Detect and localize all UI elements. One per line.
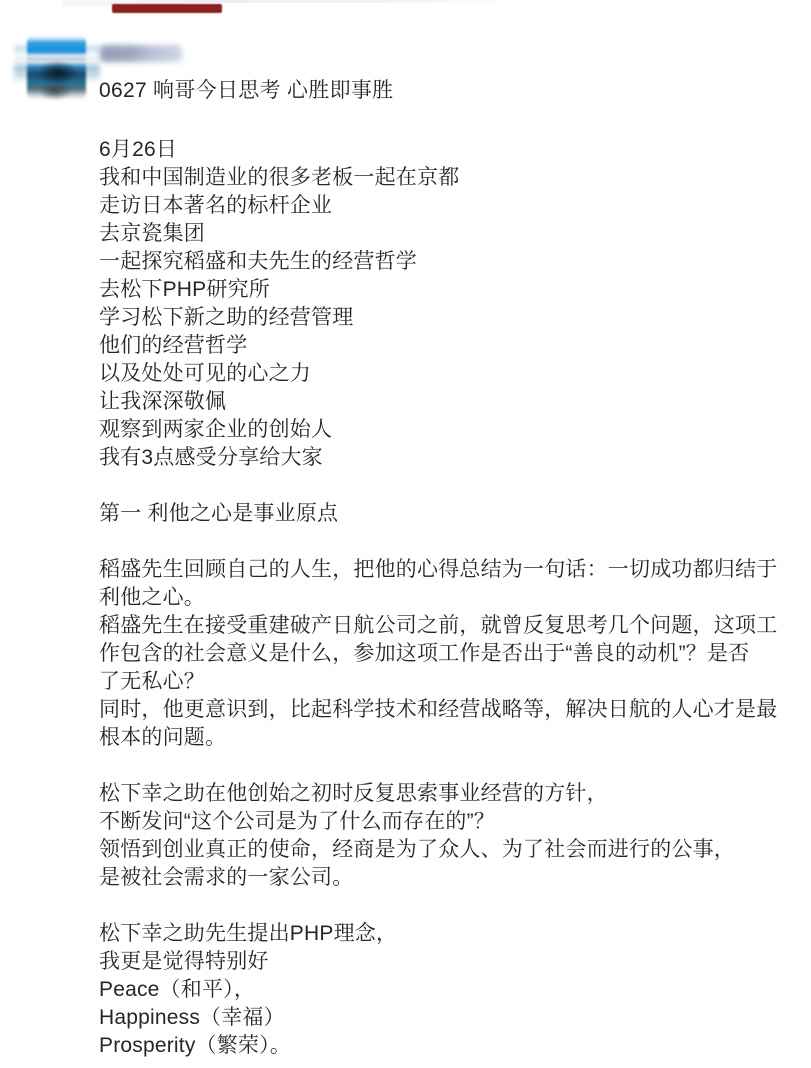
top-cropped-hairline [140, 0, 520, 3]
post-text-line: 学习松下新之助的经营管理 [99, 304, 799, 332]
post-text-line: 稻盛先生在接受重建破产日航公司之前，就曾反复思考几个问题，这项工 [99, 612, 799, 640]
post-text-line: 去松下PHP研究所 [99, 276, 799, 304]
post-text-line: 去京瓷集团 [99, 220, 799, 248]
post-text-line [99, 528, 799, 556]
post-text-line: 不断发问“这个公司是为了什么而存在的”？ [99, 808, 799, 836]
post-text-line: 松下幸之助先生提出PHP理念， [99, 920, 799, 948]
post-text-line: 我更是觉得特别好 [99, 948, 799, 976]
post-text-line: 走访日本著名的标杆企业 [99, 192, 799, 220]
post-text-line: 作包含的社会意义是什么，参加这项工作是否出于“善良的动机”？是否 [99, 640, 799, 668]
post-text-line: Peace（和平）， [99, 976, 799, 1004]
post-title: 0627 响哥今日思考 心胜即事胜 [99, 78, 394, 104]
post-text-line: 我和中国制造业的很多老板一起在京都 [99, 164, 799, 192]
post-text-line: 稻盛先生回顾自己的人生，把他的心得总结为一句话：一切成功都归结于 [99, 556, 799, 584]
post-text-line: 根本的问题。 [99, 724, 799, 752]
post-text-line: 同时，他更意识到，比起科学技术和经营战略等，解决日航的人心才是最 [99, 696, 799, 724]
post-text-line: 第一 利他之心是事业原点 [99, 500, 799, 528]
post-text-line: 了无私心？ [99, 668, 799, 696]
post-text-line: 观察到两家企业的创始人 [99, 416, 799, 444]
post-text-line [99, 472, 799, 500]
post-text-line: 松下幸之助在他创始之初时反复思索事业经营的方针， [99, 780, 799, 808]
post-text-line: 领悟到创业真正的使命，经商是为了众人、为了社会而进行的公事， [99, 836, 799, 864]
redaction-bar [112, 4, 222, 13]
post-text-line [99, 752, 799, 780]
post-text-line: 是被社会需求的一家公司。 [99, 864, 799, 892]
post-text-line [99, 892, 799, 920]
post-text-line: Happiness（幸福） [99, 1004, 799, 1032]
post-text-line: 一起探究稻盛和夫先生的经营哲学 [99, 248, 799, 276]
post-text-line: Prosperity（繁荣）。 [99, 1032, 799, 1060]
post-text-line: 6月26日 [99, 136, 799, 164]
post-screen: 0627 响哥今日思考 心胜即事胜 6月26日我和中国制造业的很多老板一起在京都… [0, 0, 811, 1068]
post-text-line: 利他之心。 [99, 584, 799, 612]
post-text-line: 他们的经营哲学 [99, 332, 799, 360]
avatar[interactable] [27, 35, 86, 100]
post-text-line: 以及处处可见的心之力 [99, 360, 799, 388]
post-text-line: 我有3点感受分享给大家 [99, 444, 799, 472]
username-redacted[interactable] [100, 45, 182, 62]
post-text-line: 让我深深敬佩 [99, 388, 799, 416]
post-body: 6月26日我和中国制造业的很多老板一起在京都走访日本著名的标杆企业去京瓷集团一起… [99, 136, 799, 1060]
